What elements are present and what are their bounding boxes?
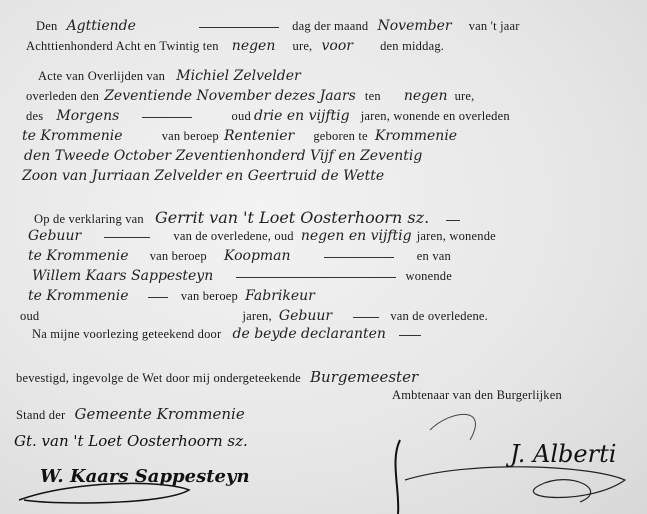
printed-text: Ambtenaar van den Burgerlijken (392, 388, 562, 402)
printed-text: jaren, wonende en overleden (361, 109, 510, 123)
printed-text: geboren te (313, 129, 367, 143)
handwritten-text: Koopman (224, 248, 291, 264)
line-14: oud jaren, Gebuur van de overledene. (20, 308, 488, 324)
printed-text: wonende (405, 269, 452, 283)
line-4: overleden den Zeventiende November dezes… (26, 88, 475, 104)
handwritten-text: Krommenie (375, 128, 457, 144)
witness-name: Gt. van 't Loet Oosterhoorn sz. (14, 432, 248, 450)
line-6: te Krommenie van beroep Rentenier gebore… (22, 128, 457, 144)
handwritten-text: Willem Kaars Sappesteyn (32, 268, 213, 284)
line-13: te Krommenie van beroep Fabrikeur (28, 288, 315, 304)
line-2: Achttienhonderd Acht en Twintig ten nege… (26, 38, 444, 54)
line-10: Gebuur van de overledene, oud negen en v… (28, 228, 496, 244)
signature-flourish-right (390, 410, 640, 514)
printed-text: Den (36, 19, 57, 33)
line-3: Acte van Overlijden van Michiel Zelvelde… (38, 68, 301, 84)
line-17: Ambtenaar van den Burgerlijken (392, 388, 562, 403)
printed-text: jaren, wonende (417, 229, 496, 243)
handwritten-text: Morgens (56, 108, 119, 124)
blank-rule (324, 257, 394, 258)
handwritten-text: Gebuur (28, 228, 81, 244)
blank-rule (148, 297, 168, 298)
handwritten-text: Gebuur (279, 308, 332, 324)
printed-text: ure, (293, 39, 313, 53)
handwritten-text: te Krommenie (28, 248, 129, 264)
handwritten-text: den Tweede October Zeventienhonderd Vijf… (24, 148, 422, 164)
line-7: den Tweede October Zeventienhonderd Vijf… (24, 148, 422, 164)
printed-text: Acte van Overlijden van (38, 69, 165, 83)
handwritten-text: Gemeente Krommenie (74, 405, 244, 423)
line-11: te Krommenie van beroep Koopman en van (28, 248, 451, 264)
handwritten-text: Agttiende (67, 18, 136, 34)
document-page: Den Agttiende dag der maand November van… (0, 0, 647, 514)
handwritten-text: Zeventiende November dezes Jaars (104, 88, 356, 104)
signature-flourish-left (14, 470, 194, 510)
handwritten-text: Fabrikeur (245, 288, 315, 304)
printed-text: oud (20, 309, 39, 323)
printed-text: van beroep (150, 249, 207, 263)
line-9: Op de verklaring van Gerrit van 't Loet … (34, 208, 460, 227)
printed-text: Na mijne voorlezing geteekend door (32, 327, 221, 341)
printed-text: van beroep (181, 289, 238, 303)
printed-text: Op de verklaring van (34, 212, 144, 226)
handwritten-text: Michiel Zelvelder (176, 68, 300, 84)
line-15: Na mijne voorlezing geteekend door de be… (32, 326, 421, 342)
handwritten-text: November (377, 18, 451, 34)
handwritten-text: te Krommenie (28, 288, 129, 304)
printed-text: ten (365, 89, 381, 103)
printed-text: den middag. (380, 39, 444, 53)
printed-text: van 't jaar (469, 19, 520, 33)
printed-text: van de overledene. (390, 309, 488, 323)
printed-text: van de overledene, oud (173, 229, 293, 243)
line-5: des Morgens oud drie en vijftig jaren, w… (26, 108, 510, 124)
handwritten-text: Gerrit van 't Loet Oosterhoorn sz. (155, 208, 429, 227)
printed-text: Achttienhonderd Acht en Twintig ten (26, 39, 219, 53)
handwritten-text: drie en vijftig (254, 108, 350, 124)
printed-text: en van (417, 249, 451, 263)
handwritten-text: Rentenier (224, 128, 294, 144)
printed-text: dag der maand (292, 19, 368, 33)
blank-rule (142, 117, 192, 118)
printed-text: oud (232, 109, 251, 123)
blank-rule (236, 277, 396, 278)
printed-text: des (26, 109, 43, 123)
line-8: Zoon van Jurriaan Zelvelder en Geertruid… (22, 168, 384, 184)
blank-rule (199, 27, 279, 28)
blank-rule (399, 335, 421, 336)
handwritten-text: de beyde declaranten (233, 326, 386, 342)
handwritten-text: Zoon van Jurriaan Zelvelder en Geertruid… (22, 168, 384, 184)
blank-rule (446, 220, 460, 221)
handwritten-text: te Krommenie (22, 128, 123, 144)
printed-text: ure, (455, 89, 475, 103)
line-1: Den Agttiende dag der maand November van… (36, 18, 520, 34)
printed-text: jaren, (242, 309, 271, 323)
line-12: Willem Kaars Sappesteyn wonende (32, 268, 452, 284)
handwritten-text: negen en vijftig (301, 228, 412, 244)
line-16: bevestigd, ingevolge de Wet door mij ond… (16, 368, 418, 386)
handwritten-text: negen (232, 38, 276, 54)
handwritten-text: voor (322, 38, 353, 54)
handwritten-text: negen (404, 88, 448, 104)
blank-rule (104, 237, 150, 238)
printed-text: overleden den (26, 89, 99, 103)
handwritten-text: Burgemeester (310, 368, 418, 386)
printed-text: van beroep (162, 129, 219, 143)
blank-rule (353, 317, 379, 318)
printed-text: Stand der (16, 408, 65, 422)
printed-text: bevestigd, ingevolge de Wet door mij ond… (16, 371, 301, 385)
line-18: Stand der Gemeente Krommenie (16, 405, 245, 423)
